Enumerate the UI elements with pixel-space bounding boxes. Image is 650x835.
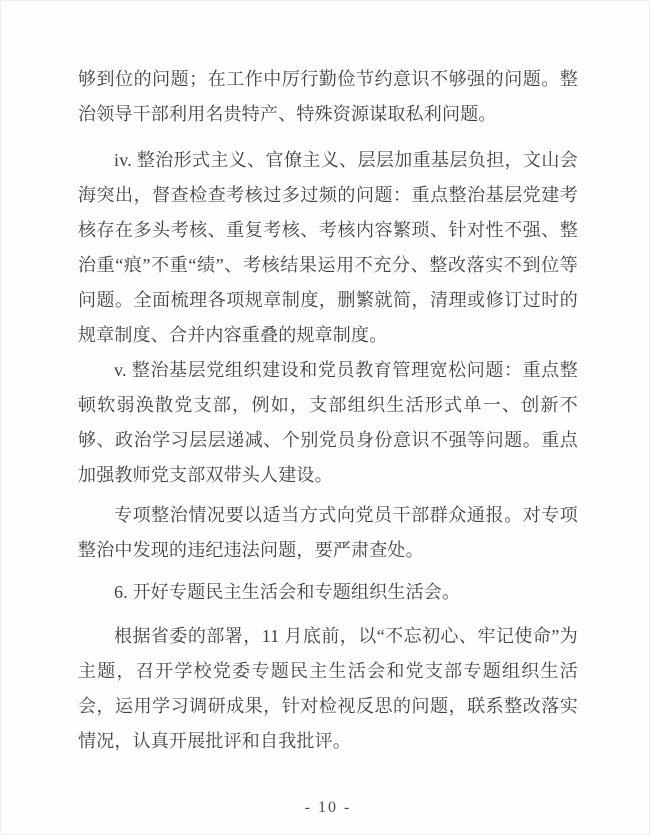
document-page: 够到位的问题；在工作中厉行勤俭节约意识不够强的问题。整治领导干部利用名贵特产、特… [0,0,650,835]
paragraph-heading-6: 6. 开好专题民主生活会和专题组织生活会。 [78,575,578,610]
paragraph-item-iv: iv. 整治形式主义、官僚主义、层层加重基层负担，文山会海突出，督查检查考核过多… [78,143,578,353]
paragraph-item-v: v. 整治基层党组织建设和党员教育管理宽松问题：重点整顿软弱涣散党支部，例如，支… [78,353,578,493]
page-number: - 10 - [78,799,578,817]
paragraph-provincial-deployment: 根据省委的部署，11 月底前，以“不忘初心、牢记使命”为主题，召开学校党委专题民… [78,619,578,759]
paragraph-special-rectification: 专项整治情况要以适当方式向党员干部群众通报。对专项整治中发现的违纪违法问题，要严… [78,498,578,568]
paragraph-continuation: 够到位的问题；在工作中厉行勤俭节约意识不够强的问题。整治领导干部利用名贵特产、特… [78,62,578,132]
